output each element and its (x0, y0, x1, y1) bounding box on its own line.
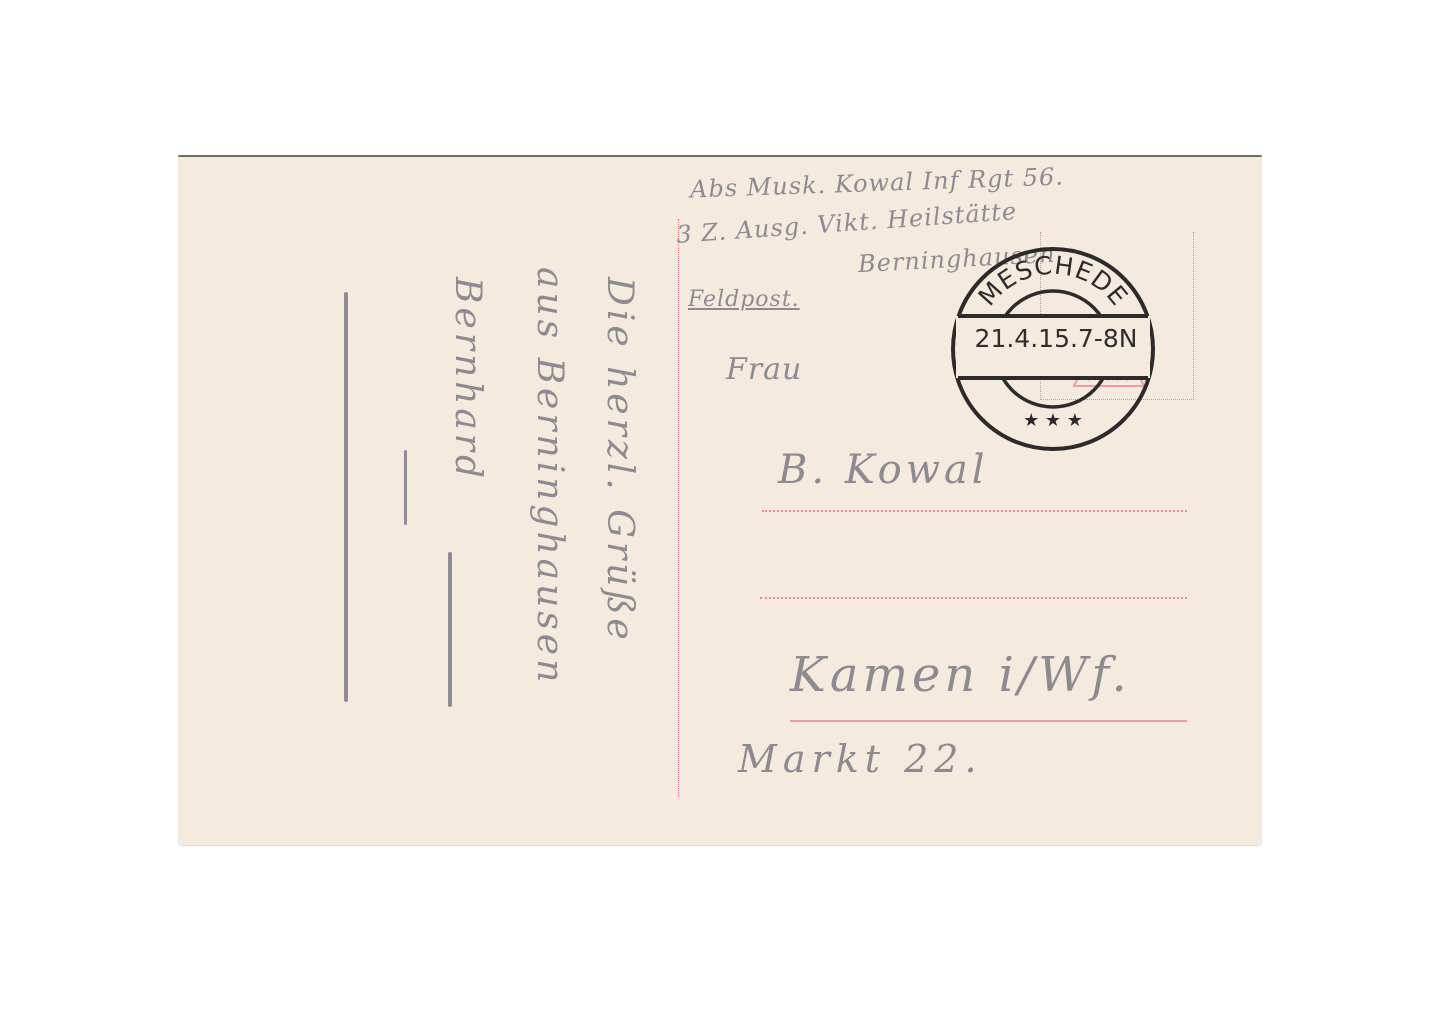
message-line-2: aus Berninghausen (529, 267, 570, 686)
recipient-street: Markt 22. (738, 737, 983, 781)
recipient-city: Kamen i/Wf. (790, 647, 1131, 703)
address-line-1 (762, 510, 1187, 512)
sender-line-2: 3 Z. Ausg. Vikt. Heilstätte (675, 197, 1018, 249)
message-signature: Bernhard (447, 277, 488, 482)
pencil-underline-stroke (404, 450, 407, 525)
postmark-date: 21.4.15.7-8N (966, 324, 1146, 353)
svg-text:MESCHEDE: MESCHEDE (972, 251, 1133, 312)
franking-note: Frau (726, 352, 802, 387)
postcard: Abs Musk. Kowal Inf Rgt 56. 3 Z. Ausg. V… (178, 155, 1262, 845)
pencil-underline-stroke (344, 292, 348, 702)
postmark-cancel: MESCHEDE ★ ★ ★ 21.4.15.7-8N (948, 244, 1158, 454)
message-line-1: Die herzl. Grüße (599, 277, 640, 644)
center-divider-line (678, 219, 679, 797)
address-line-3 (790, 720, 1187, 722)
address-line-2 (760, 597, 1187, 599)
feldpost-note: Feldpost. (688, 287, 800, 312)
svg-text:★ ★ ★: ★ ★ ★ (1023, 410, 1083, 431)
pencil-underline-stroke (448, 552, 452, 707)
